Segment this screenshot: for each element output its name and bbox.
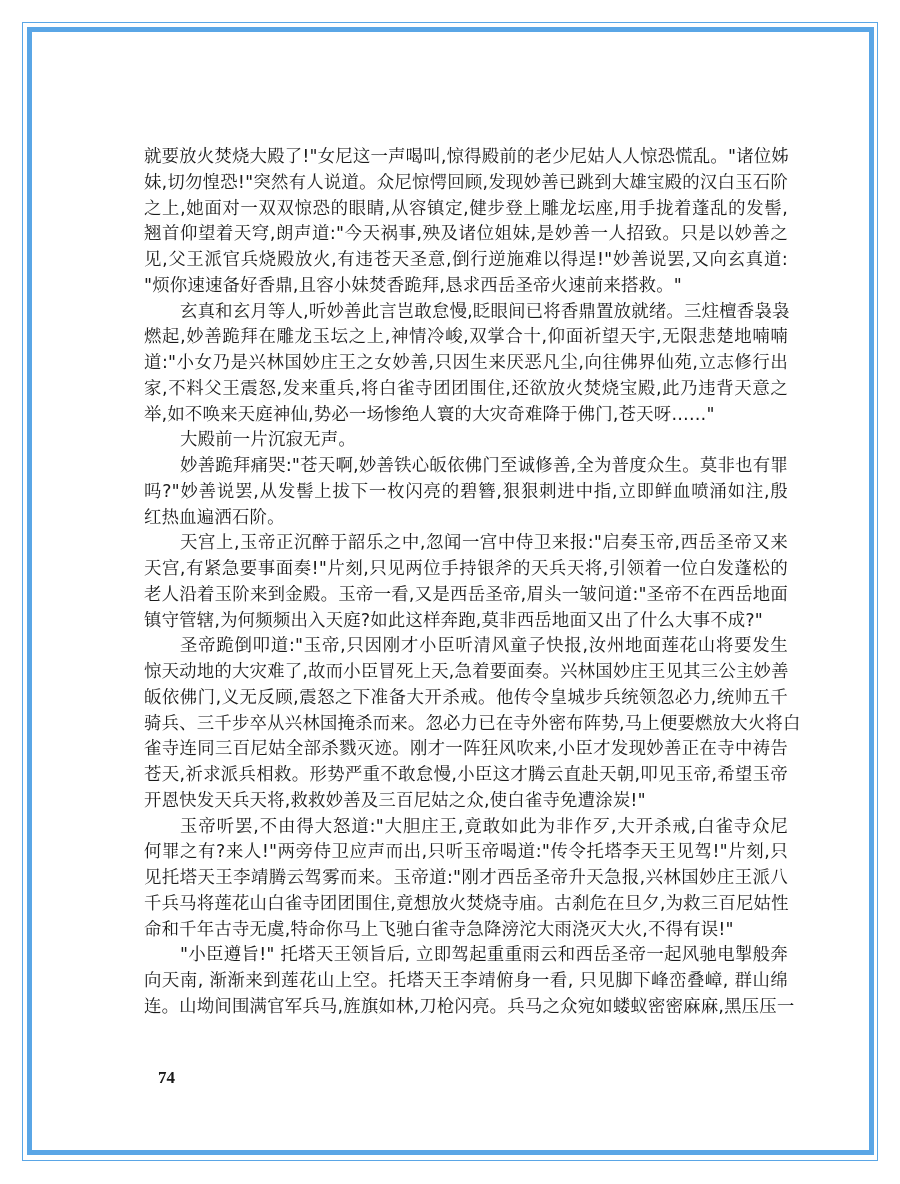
text-line: 大殿前一片沉寂无声。 [144,428,788,454]
text-line: 天宫,有紧急要事面奏!"片刻,只见两位手持银斧的天兵天将,引领着一位白发蓬松的 [144,557,788,583]
text-line: 见托塔天王李靖腾云驾雾而来。玉帝道:"刚才西岳圣帝升天急报,兴林国妙庄王派八 [144,866,788,892]
text-line: 老人沿着玉阶来到金殿。玉帝一看,又是西岳圣帝,眉头一皱问道:"圣帝不在西岳地面 [144,583,788,609]
text-line: 千兵马将莲花山白雀寺团团围住,竟想放火焚烧寺庙。古刹危在旦夕,为救三百尼姑性 [144,892,788,918]
text-line: 道:"小女乃是兴林国妙庄王之女妙善,只因生来厌恶凡尘,向往佛界仙苑,立志修行出 [144,351,788,377]
text-line: 骑兵、三千步卒从兴林国掩杀而来。忽必力已在寺外密布阵势,马上便要燃放大火将白 [144,712,788,738]
text-line: "小臣遵旨!" 托塔天王领旨后, 立即驾起重重雨云和西岳圣帝一起风驰电掣般奔 [144,943,788,969]
text-line: 吗?"妙善说罢,从发髻上拔下一枚闪亮的碧簪,狠狠刺进中指,立即鲜血喷涌如注,殷 [144,480,788,506]
text-line: 命和千年古寺无虞,特命你马上飞驰白雀寺急降滂沱大雨浇灭大火,不得有误!" [144,918,788,944]
text-line: 燃起,妙善跪拜在雕龙玉坛之上,神情冷峻,双掌合十,仰面祈望天宇,无限悲楚地喃喃 [144,325,788,351]
paragraph: 妙善跪拜痛哭:"苍天啊,妙善铁心皈依佛门至诚修善,全为普度众生。莫非也有罪吗?"… [144,454,788,531]
paragraph: 就要放火焚烧大殿了!"女尼这一声喝叫,惊得殿前的老少尼姑人人惊恐慌乱。"诸位姊妹… [144,145,788,300]
text-line: 天宫上,玉帝正沉醉于韶乐之中,忽闻一宫中侍卫来报:"启奏玉帝,西岳圣帝又来 [144,531,788,557]
text-line: 妹,切勿惶恐!"突然有人说道。众尼惊愕回顾,发现妙善已跳到大雄宝殿的汉白玉石阶 [144,171,788,197]
text-line: 开恩快发天兵天将,救救妙善及三百尼姑之众,使白雀寺免遭涂炭!" [144,789,788,815]
text-line: 玉帝听罢,不由得大怒道:"大胆庄王,竟敢如此为非作歹,大开杀戒,白雀寺众尼 [144,815,788,841]
paragraph: 天宫上,玉帝正沉醉于韶乐之中,忽闻一宫中侍卫来报:"启奏玉帝,西岳圣帝又来天宫,… [144,531,788,634]
text-line: 圣帝跪倒叩道:"玉帝,只因刚才小臣听清风童子快报,汝州地面莲花山将要发生 [144,634,788,660]
text-line: 举,如不唤来天庭神仙,势必一场惨绝人寰的大灾奇难降于佛门,苍天呀……" [144,403,788,429]
text-line: 妙善跪拜痛哭:"苍天啊,妙善铁心皈依佛门至诚修善,全为普度众生。莫非也有罪 [144,454,788,480]
text-line: 惊天动地的大灾难了,故而小臣冒死上天,急着要面奏。兴林国妙庄王见其三公主妙善 [144,660,788,686]
text-line: 红热血遍洒石阶。 [144,506,788,532]
paragraph: "小臣遵旨!" 托塔天王领旨后, 立即驾起重重雨云和西岳圣帝一起风驰电掣般奔向天… [144,943,788,1020]
paragraph: 玄真和玄月等人,听妙善此言岂敢怠慢,眨眼间已将香鼎置放就绪。三炷檀香袅袅燃起,妙… [144,300,788,429]
text-line: 见,父王派官兵烧殿放火,有违苍天圣意,倒行逆施难以得逞!"妙善说罢,又向玄真道: [144,248,788,274]
text-line: "烦你速速备好香鼎,且容小妹焚香跪拜,恳求西岳圣帝火速前来搭救。" [144,274,788,300]
paragraph: 圣帝跪倒叩道:"玉帝,只因刚才小臣听清风童子快报,汝州地面莲花山将要发生惊天动地… [144,634,788,814]
paragraph: 玉帝听罢,不由得大怒道:"大胆庄王,竟敢如此为非作歹,大开杀戒,白雀寺众尼何罪之… [144,815,788,944]
text-line: 雀寺连同三百尼姑全部杀戮灭迹。刚才一阵狂风吹来,小臣才发现妙善正在寺中祷告 [144,737,788,763]
text-line: 苍天,祈求派兵相救。形势严重不敢怠慢,小臣这才腾云直赴天朝,叩见玉帝,希望玉帝 [144,763,788,789]
text-line: 皈依佛门,义无反顾,震怒之下准备大开杀戒。他传令皇城步兵统领忽必力,统帅五千 [144,686,788,712]
text-line: 镇守管辖,为何频频出入天庭?如此这样奔跑,莫非西岳地面又出了什么大事不成?" [144,609,788,635]
text-line: 向天南, 渐渐来到莲花山上空。托塔天王李靖俯身一看, 只见脚下峰峦叠嶂, 群山绵 [144,969,788,995]
text-line: 玄真和玄月等人,听妙善此言岂敢怠慢,眨眼间已将香鼎置放就绪。三炷檀香袅袅 [144,300,788,326]
text-line: 何罪之有?来人!"两旁侍卫应声而出,只听玉帝喝道:"传令托塔李天王见驾!"片刻,… [144,840,788,866]
text-line: 翘首仰望着天穹,朗声道:"今天祸事,殃及诸位姐妹,是妙善一人招致。只是以妙善之 [144,222,788,248]
paragraph: 大殿前一片沉寂无声。 [144,428,788,454]
text-line: 家,不料父王震怒,发来重兵,将白雀寺团团围住,还欲放火焚烧宝殿,此乃违背天意之 [144,377,788,403]
text-line: 就要放火焚烧大殿了!"女尼这一声喝叫,惊得殿前的老少尼姑人人惊恐慌乱。"诸位姊 [144,145,788,171]
page-number: 74 [158,1068,175,1088]
text-line: 连。山坳间围满官军兵马,旌旗如林,刀枪闪亮。兵马之众宛如蝼蚁密密麻麻,黑压压一 [144,995,788,1021]
text-line: 之上,她面对一双双惊恐的眼睛,从容镇定,健步登上雕龙坛座,用手拢着蓬乱的发髻, [144,197,788,223]
page-body-text: 就要放火焚烧大殿了!"女尼这一声喝叫,惊得殿前的老少尼姑人人惊恐慌乱。"诸位姊妹… [144,145,788,1021]
